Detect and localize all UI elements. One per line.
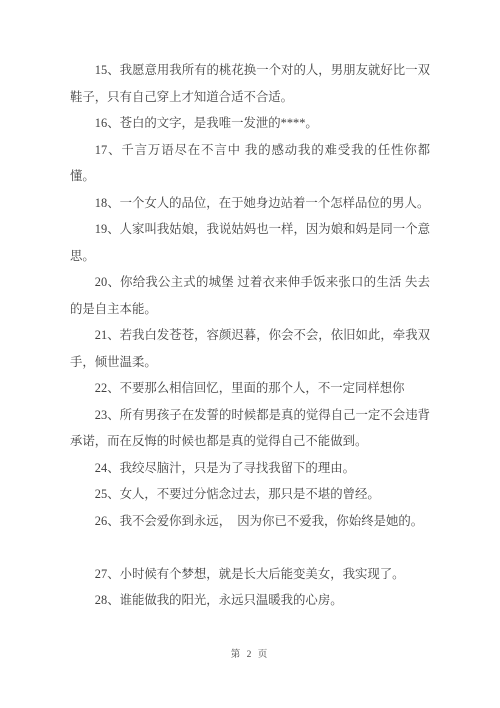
quote-item-20: 20、你给我公主式的城堡 过着衣来伸手饭来张口的生活 失去的是自主本能。 <box>70 269 430 322</box>
quote-list: 15、我愿意用我所有的桃花换一个对的人，男朋友就好比一双鞋子，只有自己穿上才知道… <box>70 0 430 614</box>
quote-item-28: 28、谁能做我的阳光，永远只温暖我的心房。 <box>70 587 430 614</box>
page-number-label: 第 2 页 <box>231 650 270 660</box>
quote-item-17: 17、千言万语尽在不言中 我的感动我的难受我的任性你都懂。 <box>70 137 430 190</box>
quote-item-23: 23、所有男孩子在发誓的时候都是真的觉得自己一定不会违背承诺，而在反悔的时候也都… <box>70 402 430 455</box>
quote-item-24: 24、我绞尽脑汁，只是为了寻找我留下的理由。 <box>70 455 430 482</box>
quote-item-25: 25、女人，不要过分惦念过去，那只是不堪的曾经。 <box>70 481 430 508</box>
quote-item-26: 26、我不会爱你到永远， 因为你已不爱我，你始终是她的。 <box>70 508 430 535</box>
quote-item-18: 18、一个女人的品位，在于她身边站着一个怎样品位的男人。 <box>70 190 430 217</box>
page-footer: 第 2 页 <box>0 648 500 662</box>
quote-item-19: 19、人家叫我姑娘，我说姑妈也一样，因为娘和妈是同一个意思。 <box>70 216 430 269</box>
quote-item-27: 27、小时候有个梦想，就是长大后能变美女，我实现了。 <box>70 561 430 588</box>
quote-item-21: 21、若我白发苍苍，容颜迟暮，你会不会，依旧如此，牵我双手，倾世温柔。 <box>70 322 430 375</box>
document-page: 15、我愿意用我所有的桃花换一个对的人，男朋友就好比一双鞋子，只有自己穿上才知道… <box>0 0 500 708</box>
quote-item-22: 22、不要那么相信回忆，里面的那个人，不一定同样想你 <box>70 375 430 402</box>
quote-item-15: 15、我愿意用我所有的桃花换一个对的人，男朋友就好比一双鞋子，只有自己穿上才知道… <box>70 57 430 110</box>
quote-item-16: 16、苍白的文字，是我唯一发泄的****。 <box>70 110 430 137</box>
